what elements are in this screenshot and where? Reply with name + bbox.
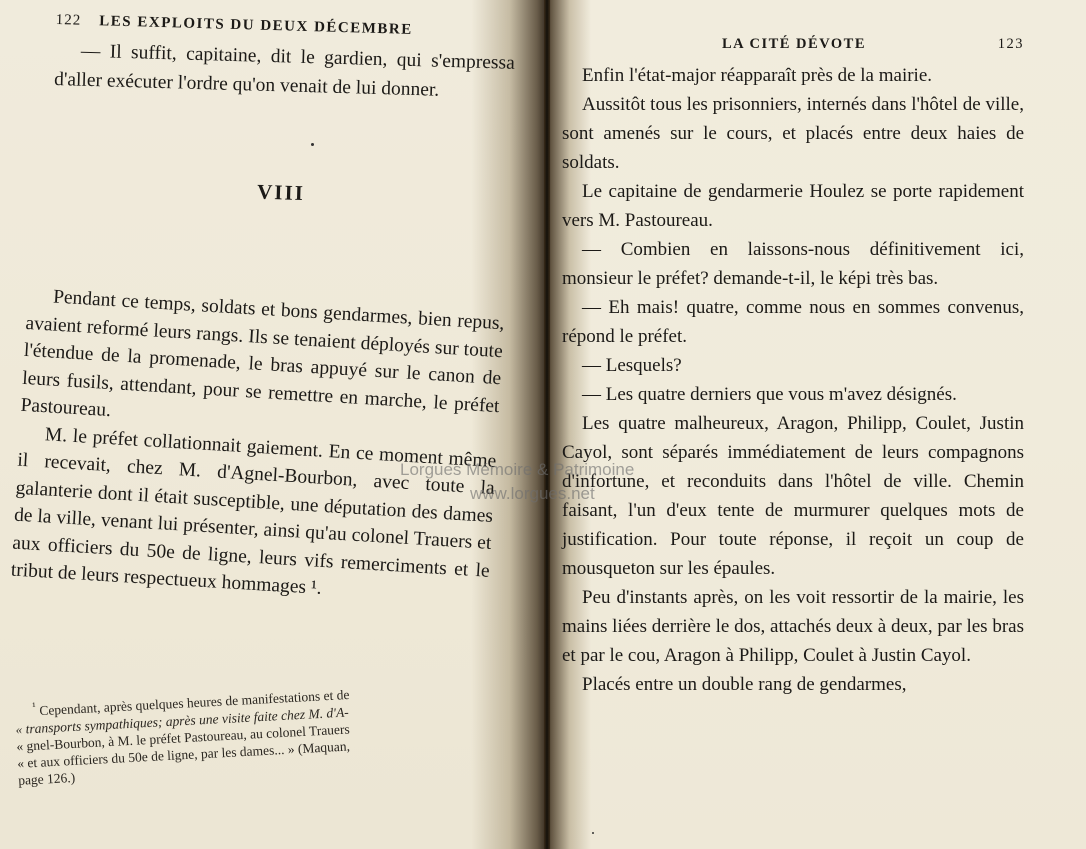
paper-speck	[592, 832, 594, 834]
paragraph: Peu d'instants après, on les voit ressor…	[562, 583, 1024, 670]
right-page-content: LA CITÉ DÉVOTE 123 Enfin l'état-major ré…	[562, 36, 1024, 699]
right-running-head: LA CITÉ DÉVOTE 123	[562, 36, 1024, 53]
paragraph: — Les quatre derniers que vous m'avez dé…	[562, 380, 1024, 409]
paragraph: Les quatre malheureux, Aragon, Philipp, …	[562, 409, 1024, 583]
left-page-top: 122 LES EXPLOITS DU DEUX DÉCEMBRE — Il s…	[49, 12, 515, 258]
paragraph: Placés entre un double rang de gendarmes…	[562, 670, 1024, 699]
paragraph: Le capitaine de gendarmerie Houlez se po…	[562, 177, 1024, 235]
paragraph: — Eh mais! quatre, comme nous en sommes …	[562, 293, 1024, 351]
paragraph: — Combien en laissons-nous définitivemen…	[562, 235, 1024, 293]
paragraph: — Lesquels?	[562, 351, 1024, 380]
left-page-body: Pendant ce temps, soldats et bons gendar…	[10, 282, 505, 612]
right-page: LA CITÉ DÉVOTE 123 Enfin l'état-major ré…	[548, 0, 1086, 849]
running-head-title-left: LES EXPLOITS DU DEUX DÉCEMBRE	[99, 13, 413, 39]
opening-paragraph: — Il suffit, capitaine, dit le gardien, …	[54, 37, 515, 107]
chapter-number: VIII	[51, 174, 512, 212]
left-running-head: 122 LES EXPLOITS DU DEUX DÉCEMBRE	[56, 12, 516, 42]
paragraph: Pendant ce temps, soldats et bons gendar…	[20, 282, 505, 448]
left-page: 122 LES EXPLOITS DU DEUX DÉCEMBRE — Il s…	[0, 0, 548, 849]
book-spread: 122 LES EXPLOITS DU DEUX DÉCEMBRE — Il s…	[0, 0, 1086, 849]
paragraph: Enfin l'état-major réapparaît près de la…	[562, 61, 1024, 90]
paragraph: Aussitôt tous les prisonniers, internés …	[562, 90, 1024, 177]
footnote: ¹ Cependant, après quelques heures de ma…	[14, 675, 488, 788]
footnote-marker: ¹	[32, 701, 36, 713]
paper-speck	[311, 143, 314, 146]
book-gutter	[544, 0, 550, 849]
paragraph: M. le préfet collationnait gaiement. En …	[10, 419, 497, 612]
running-head-title-right: LA CITÉ DÉVOTE	[722, 36, 866, 53]
page-number-right: 123	[998, 36, 1024, 53]
page-number-left: 122	[56, 12, 82, 30]
